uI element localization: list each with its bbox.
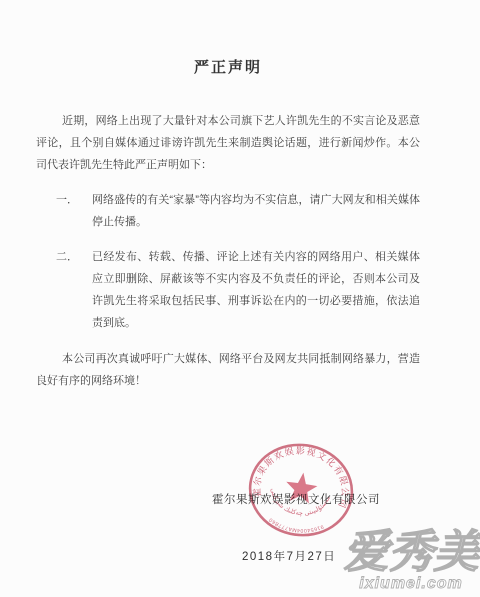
point-2-text: 已经发布、转载、传播、评论上述有关内容的网络用户、相关媒体应立即删除、屏蔽该等不… (92, 251, 420, 329)
intro-paragraph: 近期，网络上出现了大量针对本公司旗下艺人许凯先生的不实言论及恶意评论，且个别自媒… (36, 110, 420, 176)
statement-point-1: 一． 网络盛传的有关“家暴”等内容均为不实信息，请广大网友和相关媒体停止传播。 (36, 189, 420, 233)
document-title: 严正声明 (36, 58, 420, 78)
point-2-marker: 二． (56, 246, 78, 268)
statement-document: 严正声明 近期，网络上出现了大量针对本公司旗下艺人许凯先生的不实言论及恶意评论，… (0, 0, 480, 597)
point-1-text: 网络盛传的有关“家暴”等内容均为不实信息，请广大网友和相关媒体停止传播。 (92, 194, 420, 228)
closing-paragraph: 本公司再次真诚呼吁广大媒体、网络平台及网友共同抵制网络暴力，营造良好有序的网络环… (36, 348, 420, 392)
watermark-logo-text: 爱秀美 (343, 526, 480, 577)
site-watermark: 爱秀美 ixiumei.com (342, 520, 480, 597)
point-1-marker: 一． (56, 189, 78, 211)
seal-star-icon (284, 470, 319, 504)
statement-point-2: 二． 已经发布、转载、传播、评论上述有关内容的网络用户、相关媒体应立即删除、屏蔽… (36, 246, 420, 334)
watermark-site-url: ixiumei.com (359, 575, 462, 592)
